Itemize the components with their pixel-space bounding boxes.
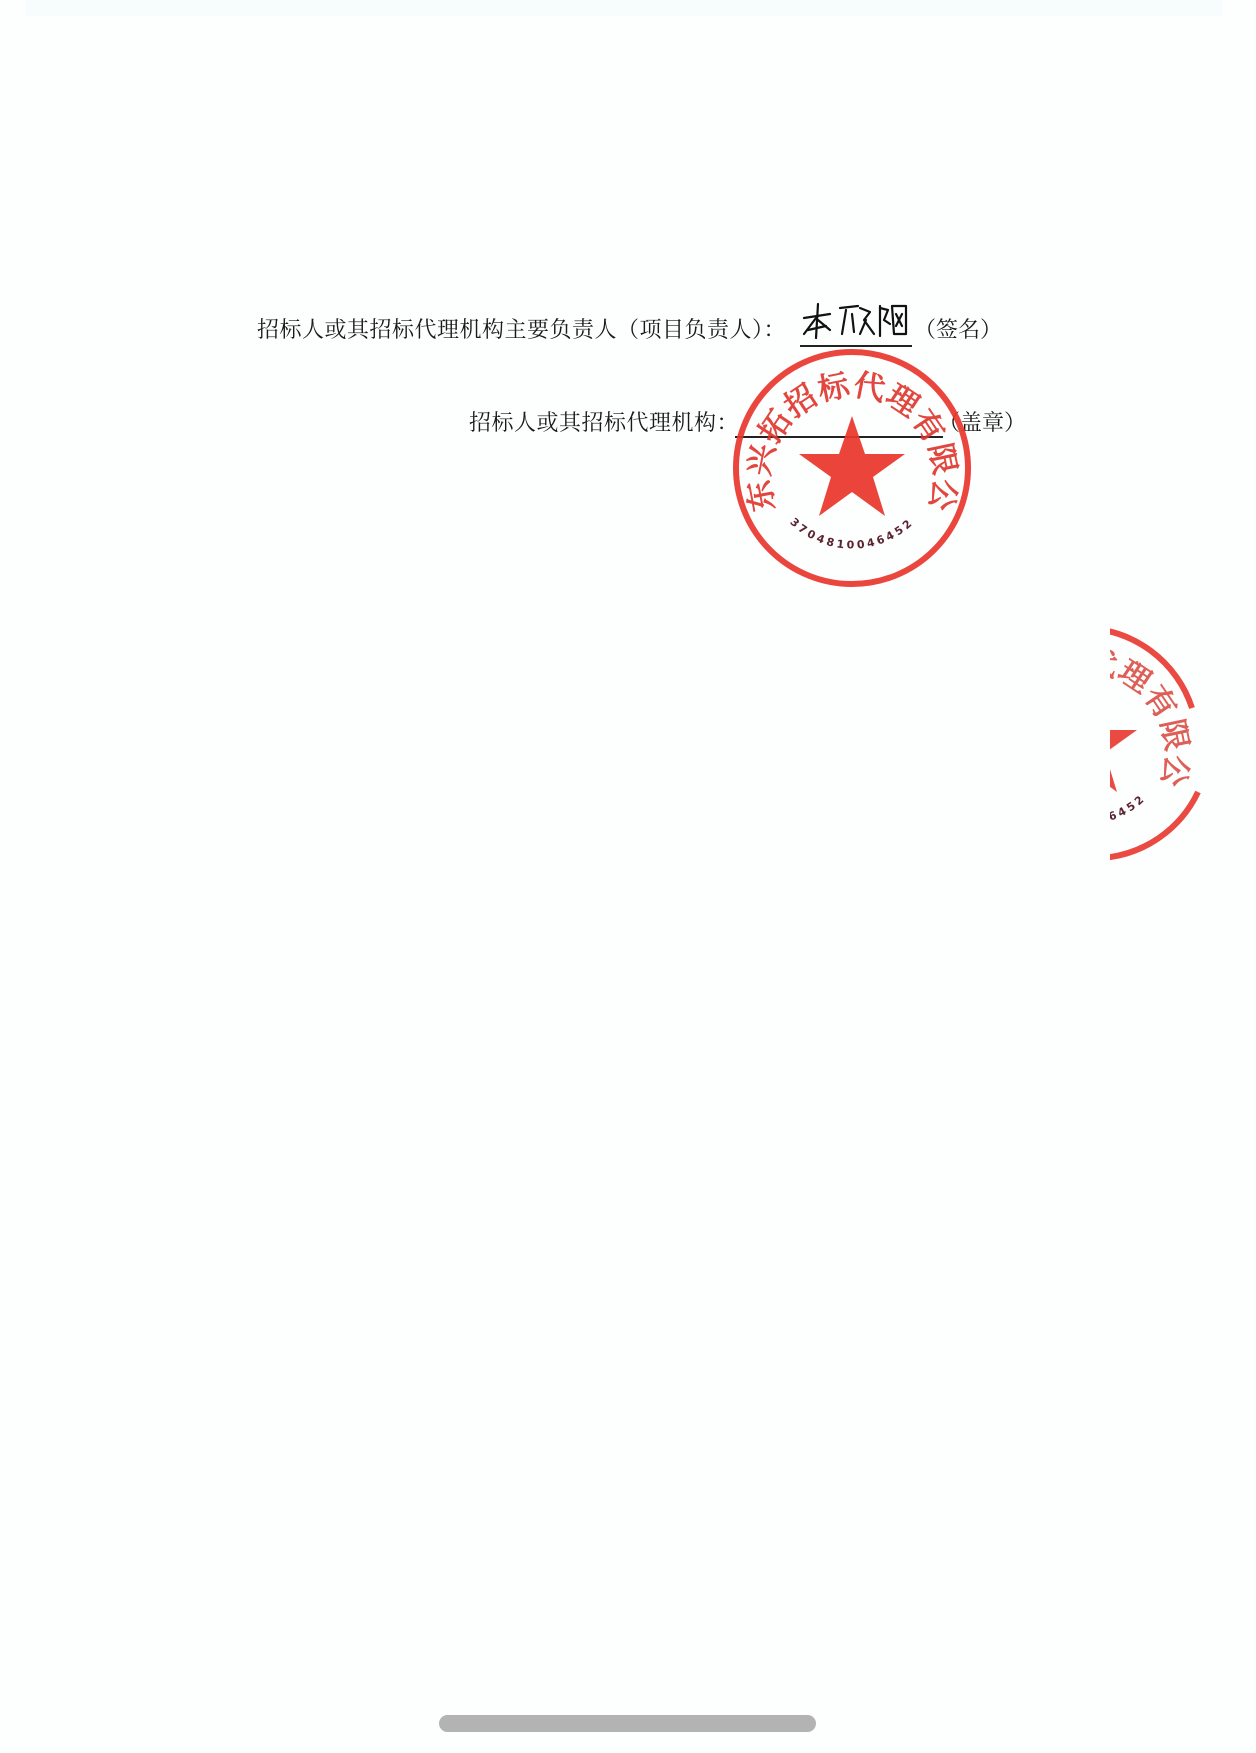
organization-label: 招标人或其招标代理机构： xyxy=(469,411,739,437)
partial-stamp-company-name: 山东兴拓招标代理有限公司 xyxy=(1110,622,1195,790)
partial-seal-stamp: 山东兴拓招标代理有限公司 3704810046452 xyxy=(1110,622,1206,866)
page-top-tint xyxy=(26,0,1222,16)
home-indicator-bar[interactable] xyxy=(439,1715,816,1732)
svg-text:山东兴拓招标代理有限公司: 山东兴拓招标代理有限公司 xyxy=(1110,622,1195,790)
svg-text:3704810046452: 3704810046452 xyxy=(1110,791,1149,827)
star-icon xyxy=(1110,692,1137,792)
stamp-code: 3704810046452 xyxy=(787,515,916,551)
handwritten-signature xyxy=(800,300,912,346)
company-seal-stamp: 山东兴拓招标代理有限公司 3704810046452 xyxy=(730,346,974,590)
partial-stamp-code: 3704810046452 xyxy=(1110,791,1149,827)
responsible-person-label: 招标人或其招标代理机构主要负责人（项目负责人）： xyxy=(257,318,786,344)
star-icon xyxy=(799,416,905,516)
signature-suffix: （签名） xyxy=(914,318,1002,344)
partial-seal-stamp-wrap: 山东兴拓招标代理有限公司 3704810046452 xyxy=(1110,600,1256,890)
svg-text:3704810046452: 3704810046452 xyxy=(787,515,916,551)
